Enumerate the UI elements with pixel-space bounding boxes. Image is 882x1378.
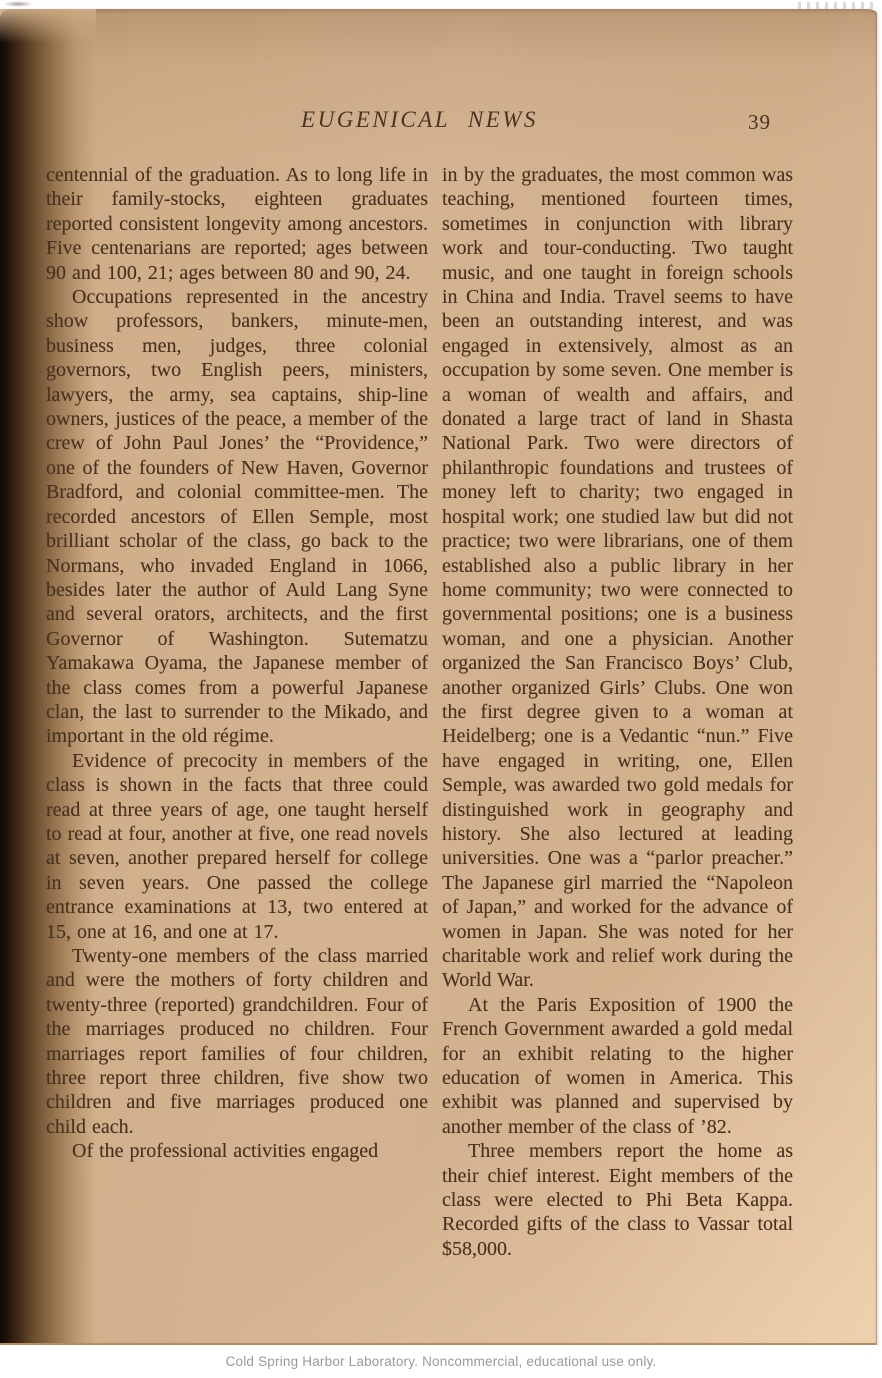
paragraph: At the Paris Exposition of 1900 the Fren… <box>442 993 793 1139</box>
paragraph: Three members report the home as their c… <box>442 1139 793 1261</box>
two-column-text: centennial of the graduation. As to long… <box>46 163 793 1261</box>
paragraph: in by the graduates, the most common was… <box>442 163 793 993</box>
paragraph: Occupations represented in the ancestry … <box>46 285 428 749</box>
right-column: in by the graduates, the most common was… <box>442 163 793 1261</box>
paragraph: centennial of the graduation. As to long… <box>46 163 428 285</box>
left-column: centennial of the graduation. As to long… <box>46 163 428 1261</box>
journal-title: EUGENICAL NEWS <box>46 107 793 133</box>
scanned-document: EUGENICAL NEWS 39 centennial of the grad… <box>0 0 882 1378</box>
scan-smudge <box>798 2 876 9</box>
paragraph: Twenty-one members of the class married … <box>46 944 428 1139</box>
book-page: EUGENICAL NEWS 39 centennial of the grad… <box>0 9 877 1345</box>
scan-smudge <box>3 1 33 7</box>
credit-text: Cold Spring Harbor Laboratory. Noncommer… <box>226 1354 657 1369</box>
paragraph: Of the professional activities engaged <box>46 1139 428 1163</box>
page-number: 39 <box>748 110 771 135</box>
credit-strip: Cold Spring Harbor Laboratory. Noncommer… <box>0 1345 882 1378</box>
paragraph: Evidence of precocity in members of the … <box>46 749 428 944</box>
running-header: EUGENICAL NEWS 39 <box>46 107 793 139</box>
page-content: EUGENICAL NEWS 39 centennial of the grad… <box>46 107 793 1261</box>
